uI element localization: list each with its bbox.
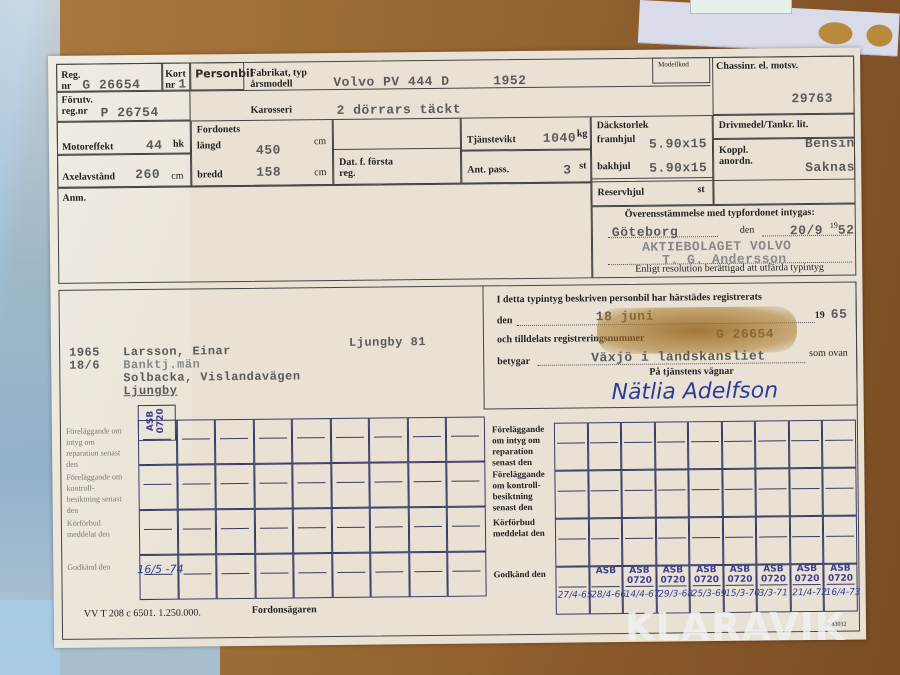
grid-cell xyxy=(369,462,408,507)
grid-cell xyxy=(408,507,447,552)
anm-label: Anm. xyxy=(62,193,86,204)
grid-cell xyxy=(447,506,486,551)
godkand-entries xyxy=(48,47,860,56)
godkand-date: 3/3-71 xyxy=(759,588,788,598)
grid-cell xyxy=(331,463,370,508)
dackstorlek-label: Däckstorlek xyxy=(597,120,649,132)
official-signature: Nätlia Adelfson xyxy=(611,378,778,405)
grid-cell xyxy=(370,552,409,597)
axelavstand-label: Axelavstånd xyxy=(62,171,115,183)
vehicle-type-label: Personbil xyxy=(195,67,253,81)
drivmedel-label: Drivmedel/Tankr. lit. xyxy=(719,119,809,131)
grid-cell xyxy=(176,419,215,464)
left-inspection-grid xyxy=(48,47,860,56)
right-row-label-1: Föreläggande om kontroll-besiktning sena… xyxy=(492,469,552,514)
karosseri-value: 2 dörrars täckt xyxy=(337,102,462,118)
grid-cell xyxy=(755,468,789,516)
grid-cell xyxy=(756,516,790,564)
asb-stamp: ASB 0720 xyxy=(624,566,654,586)
grid-cell xyxy=(822,468,856,516)
grid-cell xyxy=(587,422,621,470)
grid-cell xyxy=(621,470,655,518)
grid-cell xyxy=(216,509,255,554)
grid-cell xyxy=(409,552,448,597)
tjanstevikt-unit: kg xyxy=(577,128,588,139)
godkand-date: 16/4-73 xyxy=(826,588,861,598)
chassinr-cell xyxy=(712,56,855,115)
resolution-label: Enligt resolution berättigad att utfärda… xyxy=(635,262,824,275)
motoreffekt-value: 44 xyxy=(146,138,163,153)
grid-cell xyxy=(292,418,331,463)
asb-stamp: ASB xyxy=(591,566,621,576)
godkand-date: 14/4-67 xyxy=(625,590,660,600)
axelavstand-value: 260 xyxy=(135,167,160,182)
grid-cell xyxy=(330,418,369,463)
godkand-date: 27/4-65 xyxy=(558,590,593,600)
grid-cell xyxy=(370,507,409,552)
reg-den-label: den xyxy=(497,315,513,326)
ant-pass-unit: st xyxy=(579,160,586,171)
right-row-label-0: Föreläggande om intyg om reparation sena… xyxy=(492,424,552,469)
klaravik-watermark: KLARAVIK xyxy=(625,605,845,649)
grid-cell xyxy=(408,462,447,507)
grid-cell xyxy=(138,420,177,465)
tjanstevikt-label: Tjänstevikt xyxy=(467,134,516,146)
grid-cell xyxy=(789,516,823,564)
grid-cell xyxy=(621,422,655,470)
karosseri-label: Karosseri xyxy=(251,104,293,115)
grid-cell xyxy=(722,517,756,565)
grid-cell xyxy=(755,420,789,468)
anm-cell xyxy=(57,182,592,284)
right-row-label-2: Körförbud meddelat den xyxy=(493,517,553,540)
left-row-label-2: Körförbud meddelat den xyxy=(67,517,127,540)
reg-year-prefix: 19 xyxy=(815,310,825,321)
grid-cell xyxy=(689,517,723,565)
form-number: VV T 208 c 6501. 1.250.000. xyxy=(84,607,201,619)
grid-cell xyxy=(788,420,822,468)
right-inspection-grid xyxy=(48,47,860,56)
asb-stamp: ASB 0720 xyxy=(725,565,755,585)
overens-den-label: den xyxy=(740,225,755,236)
langd-label: längd xyxy=(197,140,221,151)
bredd-value: 158 xyxy=(256,165,281,180)
stain xyxy=(597,306,797,354)
grid-cell xyxy=(369,417,408,462)
right-row-label-3: Godkänd den xyxy=(493,569,553,581)
grid-cell xyxy=(588,470,622,518)
bakhjul-value: 5.90x15 xyxy=(649,160,707,176)
overens-date: 20/9 xyxy=(790,223,823,238)
binder-hole xyxy=(818,21,853,45)
grid-cell xyxy=(253,418,292,463)
langd-unit: cm xyxy=(314,136,326,147)
grid-cell xyxy=(215,464,254,509)
grid-cell xyxy=(554,422,588,470)
grid-cell xyxy=(721,421,755,469)
binder-card xyxy=(690,0,792,14)
asb-stamp: ASB 0720 xyxy=(691,565,721,585)
pa-tjanstens: På tjänstens vägnar xyxy=(649,366,734,378)
godkand-date: 15/3-70 xyxy=(725,589,760,599)
left-row-label-1: Föreläggande om kontroll-besiktning sena… xyxy=(66,471,126,516)
grid-cell xyxy=(293,508,332,553)
kort-nr-value: 1 xyxy=(178,77,186,92)
bakhjul-label: bakhjul xyxy=(597,161,630,172)
grid-cell xyxy=(446,416,485,461)
reservhjul-unit: st xyxy=(697,184,704,195)
grid-cell xyxy=(655,517,689,565)
grid-cell xyxy=(447,551,486,596)
grid-cell xyxy=(177,464,216,509)
grid-cell xyxy=(555,518,589,566)
grid-cell xyxy=(554,470,588,518)
asb-stamp: ASB 0720 xyxy=(825,564,855,584)
grid-cell xyxy=(332,553,371,598)
grid-cell xyxy=(822,420,856,468)
grid-cell xyxy=(216,554,255,599)
overens-place: Göteborg xyxy=(612,224,679,240)
godkand-date: 29/3-68 xyxy=(658,589,693,599)
grid-cell xyxy=(215,419,254,464)
motoreffekt-unit: hk xyxy=(173,139,184,150)
owner-date: 18/6 xyxy=(69,358,100,372)
dat-forsta-reg-label: Dat. f. första reg. xyxy=(339,156,399,179)
grid-cell xyxy=(293,553,332,598)
reservhjul-label: Reservhjul xyxy=(597,187,644,198)
left-row-label-3: Godkänd den xyxy=(67,561,127,573)
grid-cell xyxy=(823,516,857,564)
owner-postal: Ljungby 81 xyxy=(349,335,426,350)
betygar-label: betygar xyxy=(497,356,530,367)
binder-hole xyxy=(866,24,893,47)
overens-label: Överensstämmelse med typfordonet intygas… xyxy=(625,207,815,220)
godkand-date: 21/4-72 xyxy=(792,588,827,598)
ant-pass-value: 3 xyxy=(563,163,571,178)
grid-cell xyxy=(722,469,756,517)
grid-cell xyxy=(178,554,217,599)
asb-stamp: ASB 0720 xyxy=(658,565,688,585)
grid-cell xyxy=(138,465,177,510)
grid-cell xyxy=(139,555,178,600)
asb-stamp: ASB 0720 xyxy=(758,564,788,584)
grid-cell xyxy=(292,463,331,508)
left-row-label-0: Föreläggande om intyg om reparation sena… xyxy=(66,425,126,470)
ant-pass-label: Ant. pass. xyxy=(467,164,509,175)
motoreffekt-label: Motoreffekt xyxy=(62,141,114,153)
grid-cell xyxy=(688,469,722,517)
grid-cell xyxy=(789,468,823,516)
modellkod-label: Modellkod xyxy=(658,59,689,70)
koppl-label: Koppl. anordn. xyxy=(719,145,759,167)
fordonets-label: Fordonets xyxy=(197,124,240,135)
owner-address: Solbacka, Vislandavägen xyxy=(123,369,300,385)
grid-cell xyxy=(655,469,689,517)
owner-city: Ljungby xyxy=(123,384,177,399)
grid-cell xyxy=(139,510,178,555)
grid-cell xyxy=(331,508,370,553)
langd-value: 450 xyxy=(256,143,281,158)
framhjul-label: framhjul xyxy=(597,134,635,145)
grid-cell xyxy=(446,461,485,506)
forutv-value: P 26754 xyxy=(101,105,159,121)
bredd-label: bredd xyxy=(197,169,223,180)
betygar-value: Växjö i landskansliet xyxy=(591,349,765,366)
asb-stamp: ASB 0720 xyxy=(792,564,822,584)
vehicle-registration-card: Reg. nr G 26654 Kort nr 1 Personbil Fabr… xyxy=(48,47,866,647)
reg-year: 65 xyxy=(831,307,848,322)
grid-cell xyxy=(254,508,293,553)
koppl-value: Saknas xyxy=(805,160,855,176)
tjanstevikt-value: 1040 xyxy=(543,130,576,145)
fabrikat-label: Fabrikat, typ årsmodell xyxy=(250,67,310,90)
bredd-unit: cm xyxy=(314,167,326,178)
axelavstand-unit: cm xyxy=(171,171,183,182)
arsmodell-value: 1952 xyxy=(493,73,526,88)
grid-cell xyxy=(255,553,294,598)
grid-cell xyxy=(254,463,293,508)
grid-cell xyxy=(588,518,622,566)
fordonsagaren-label: Fordonsägaren xyxy=(252,604,317,616)
framhjul-value: 5.90x15 xyxy=(649,136,707,152)
overens-year-prefix: 19 xyxy=(830,220,838,231)
grid-cell xyxy=(177,509,216,554)
som-ovan: som ovan xyxy=(809,348,848,359)
grid-cell xyxy=(622,518,656,566)
overens-year: 52 xyxy=(838,223,855,238)
grid-cell xyxy=(688,421,722,469)
godkand-date: 28/4-66 xyxy=(591,590,626,600)
godkand-date: 25/3-69 xyxy=(692,589,727,599)
grid-cell xyxy=(407,417,446,462)
grid-cell xyxy=(654,421,688,469)
